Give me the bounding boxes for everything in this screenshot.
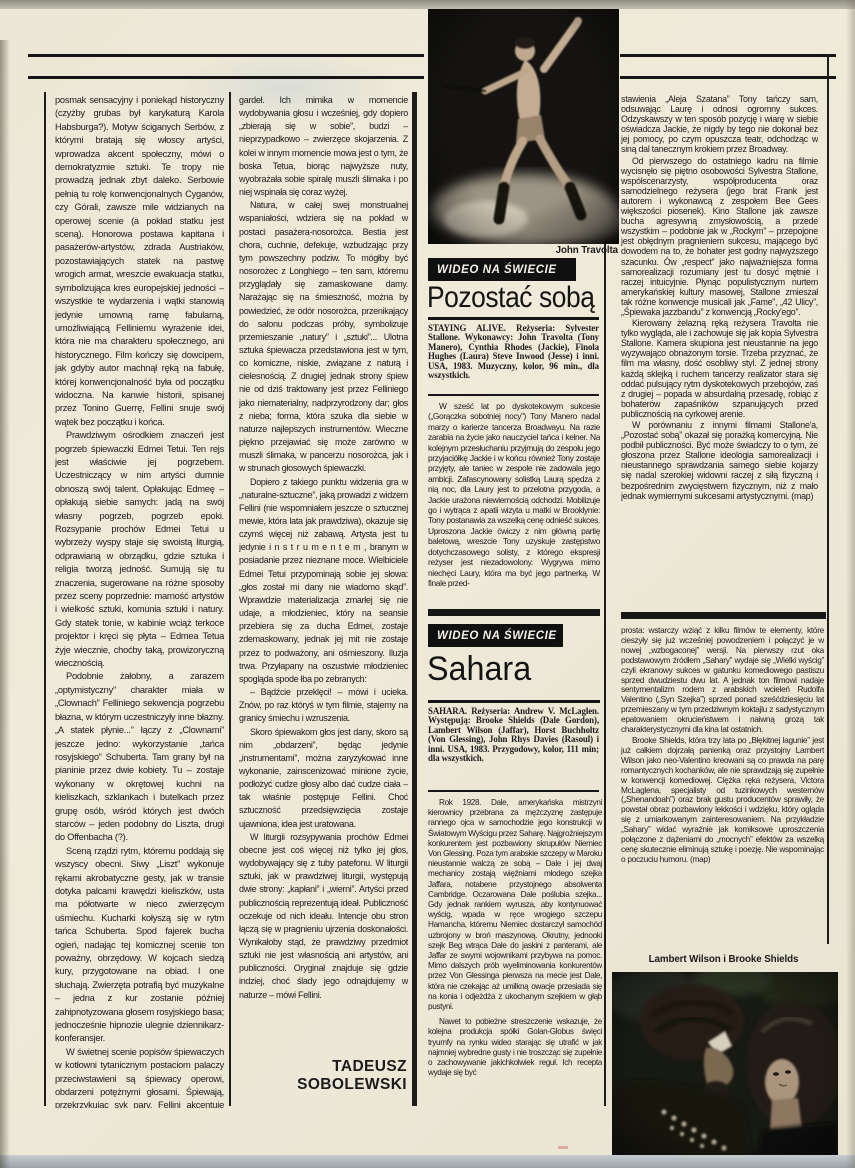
film-credits-staying-alive: STAYING ALIVE. Reżyseria: Sylvester Stal… xyxy=(428,324,599,390)
paragraph: Kierowany żelazną ręką reżysera Travolta… xyxy=(621,318,818,419)
paragraph: Prawdziwym ośrodkiem znaczeń jest pogrze… xyxy=(55,429,224,670)
paragraph: Od pierwszego do ostatniego kadru na fil… xyxy=(621,156,818,318)
sahara-still-illustration xyxy=(612,972,838,1156)
paragraph: – Bądźcie przeklęci! – mówi i ucieka. Zn… xyxy=(239,686,408,725)
paragraph: prosta: wstarczy wziąć z kilku filmów te… xyxy=(621,626,824,735)
byline-line: TADEUSZ xyxy=(239,1058,407,1076)
travolta-dancer-illustration xyxy=(428,7,619,244)
credits-rule xyxy=(428,790,599,792)
top-rule-left-2 xyxy=(28,76,424,79)
photo-caption-sahara: Lambert Wilson i Brooke Shields xyxy=(621,954,826,965)
paragraph: Rok 1928. Dale, amerykańska mistrzyni ki… xyxy=(428,798,602,1012)
paragraph: W świetnej scenie popisów śpiewaczych w … xyxy=(55,1046,224,1108)
byline-line: SOBOLEWSKI xyxy=(239,1076,407,1094)
section-label-box: WIDEO NA ŚWIECIE xyxy=(428,624,563,647)
title-rule xyxy=(428,700,600,703)
lambert-wilson-brooke-shields-photo xyxy=(612,972,838,1156)
top-rule-right-1 xyxy=(620,54,836,57)
author-byline: TADEUSZ SOBOLEWSKI xyxy=(239,1058,407,1094)
paragraph: posmak sensacyjny i poniekąd historyczny… xyxy=(55,94,224,429)
magazine-page: posmak sensacyjny i poniekąd historyczny… xyxy=(0,0,855,1168)
paragraph: Brooke Shields, która trzy lata po „Błęk… xyxy=(621,736,824,865)
scan-edge-bottom xyxy=(0,1155,855,1168)
paragraph: Nawet to pobieżne streszczenie wskazuje,… xyxy=(428,1017,602,1078)
top-rule-right-2 xyxy=(620,76,836,79)
column-rule-thick xyxy=(412,92,417,1106)
paragraph: gardeł. Ich mimika w momencie wydobywani… xyxy=(239,94,408,199)
fellini-article-column-1: posmak sensacyjny i poniekąd historyczny… xyxy=(55,94,224,1108)
fellini-article-column-2: gardeł. Ich mimika w momencie wydobywani… xyxy=(239,94,408,1042)
john-travolta-photo xyxy=(428,7,619,244)
film-credits-sahara: SAHARA. Reżyseria: Andrew V. McLaglen. W… xyxy=(428,707,599,786)
column-rule-right xyxy=(827,54,829,944)
review-title-sahara: Sahara xyxy=(427,650,531,689)
scan-edge-left xyxy=(0,40,10,1168)
paragraph: Natura, w całej swej monstrualnej wspani… xyxy=(239,199,408,475)
section-label: WIDEO NA ŚWIECIE xyxy=(437,630,557,642)
paragraph: W porównaniu z innymi filmami Stallone'a… xyxy=(621,420,818,501)
section-label: WIDEO NA ŚWIECIE xyxy=(437,264,557,276)
paragraph: stawienia „Aleja Szatana” Tony tańczy sa… xyxy=(621,94,818,155)
staying-alive-continuation: stawienia „Aleja Szatana” Tony tańczy sa… xyxy=(621,94,818,600)
staying-alive-body: W sześć lat po dyskotekowym sukcesie („G… xyxy=(428,401,600,603)
top-rule-left-1 xyxy=(28,54,424,57)
scan-edge-top xyxy=(0,0,855,9)
photo-caption-travolta: John Travolta xyxy=(428,245,618,256)
paragraph: Sceną rządzi rytm, któremu poddają się w… xyxy=(55,845,224,1046)
scan-edge-right xyxy=(846,0,855,1168)
paragraph: W liturgii rozsypywania prochów Edmei ob… xyxy=(239,831,408,1002)
paragraph: Podobnie żałobny, a zarazem „optymistycz… xyxy=(55,670,224,844)
title-rule xyxy=(428,317,599,320)
section-divider-bar xyxy=(621,612,826,619)
paragraph: Dopiero z takiego punktu widzenia gra w … xyxy=(239,476,408,687)
credits-rule xyxy=(428,394,599,396)
scan-mark xyxy=(558,1146,568,1149)
column-rule-1-2 xyxy=(229,92,231,1106)
column-rule-left xyxy=(44,92,46,1106)
section-label-box: WIDEO NA ŚWIECIE xyxy=(428,258,576,281)
sahara-continuation: prosta: wstarczy wziąć z kilku filmów te… xyxy=(621,626,824,948)
sahara-body: Rok 1928. Dale, amerykańska mistrzyni ki… xyxy=(428,798,602,1128)
section-divider-bar xyxy=(428,609,600,616)
paragraph: W sześć lat po dyskotekowym sukcesie („G… xyxy=(428,401,600,588)
paragraph: Skoro śpiewakom głos jest dany, skoro są… xyxy=(239,726,408,831)
review-title-pozostac-soba: Pozostać sobą xyxy=(427,281,594,315)
